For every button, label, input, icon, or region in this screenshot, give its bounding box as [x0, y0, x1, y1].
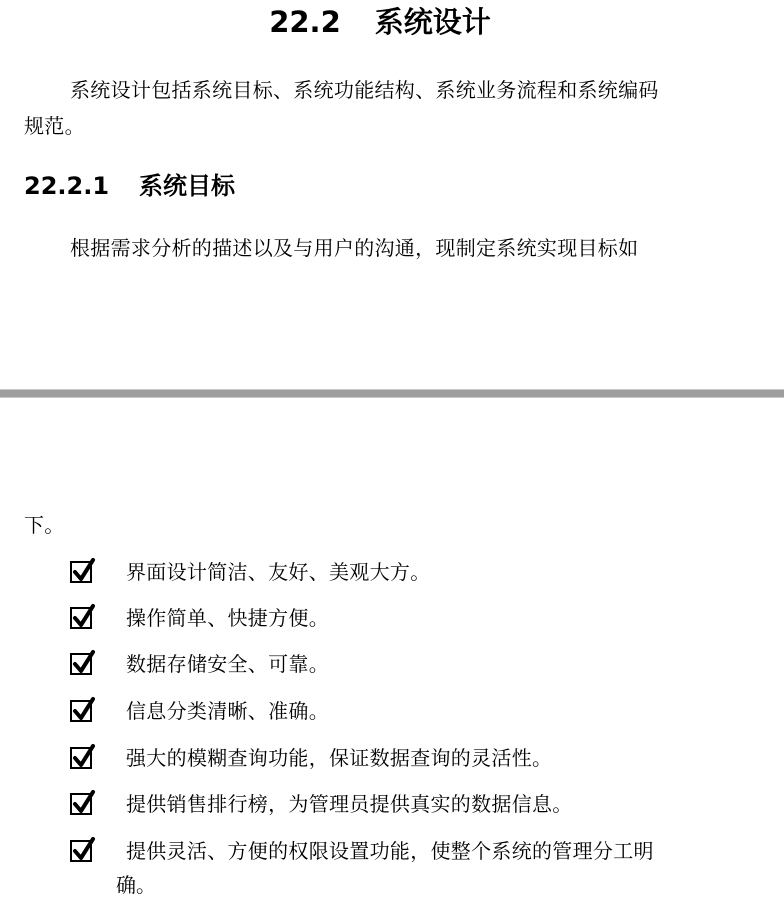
checkbox-checked-icon [70, 700, 92, 722]
goal-item: 界面设计简洁、友好、美观大方。 [70, 554, 431, 590]
goal-item: 操作简单、快捷方便。 [70, 600, 329, 636]
checkbox-checked-icon [70, 561, 92, 583]
section-title: 系统设计 [375, 5, 491, 39]
checkbox-checked-icon [70, 840, 92, 862]
goal-text: 界面设计简洁、友好、美观大方。 [126, 554, 431, 590]
checkbox-checked-icon [70, 793, 92, 815]
goal-text: 强大的模糊查询功能，保证数据查询的灵活性。 [126, 740, 552, 776]
subsection-heading: 22.2.1系统目标 [24, 168, 235, 204]
goal-text: 数据存储安全、可靠。 [126, 646, 329, 682]
checkbox-checked-icon [70, 747, 92, 769]
goals-paragraph-line-2: 下。 [24, 507, 65, 543]
intro-paragraph-line-2: 规范。 [24, 108, 85, 144]
checkbox-checked-icon [70, 607, 92, 629]
goal-item: 信息分类清晰、准确。 [70, 693, 329, 729]
goal-item: 强大的模糊查询功能，保证数据查询的灵活性。 [70, 740, 552, 776]
goal-text: 提供销售排行榜，为管理员提供真实的数据信息。 [126, 786, 573, 822]
goal-item: 提供销售排行榜，为管理员提供真实的数据信息。 [70, 786, 573, 822]
checkbox-checked-icon [70, 653, 92, 675]
goals-paragraph-line-1: 根据需求分析的描述以及与用户的沟通，现制定系统实现目标如 [70, 230, 638, 266]
subsection-title: 系统目标 [139, 172, 235, 200]
goal-item: 数据存储安全、可靠。 [70, 646, 329, 682]
intro-paragraph-line-1: 系统设计包括系统目标、系统功能结构、系统业务流程和系统编码 [70, 72, 659, 108]
page-break-divider [0, 389, 784, 398]
goal-item: 提供灵活、方便的权限设置功能，使整个系统的管理分工明 [70, 833, 654, 869]
subsection-number: 22.2.1 [24, 172, 109, 200]
goal-text: 信息分类清晰、准确。 [126, 693, 329, 729]
goal-text-continuation: 确。 [116, 867, 156, 903]
section-number: 22.2 [269, 5, 341, 39]
goal-text: 操作简单、快捷方便。 [126, 600, 329, 636]
section-heading: 22.2系统设计 [0, 2, 760, 42]
goal-text: 提供灵活、方便的权限设置功能，使整个系统的管理分工明 [126, 833, 654, 869]
